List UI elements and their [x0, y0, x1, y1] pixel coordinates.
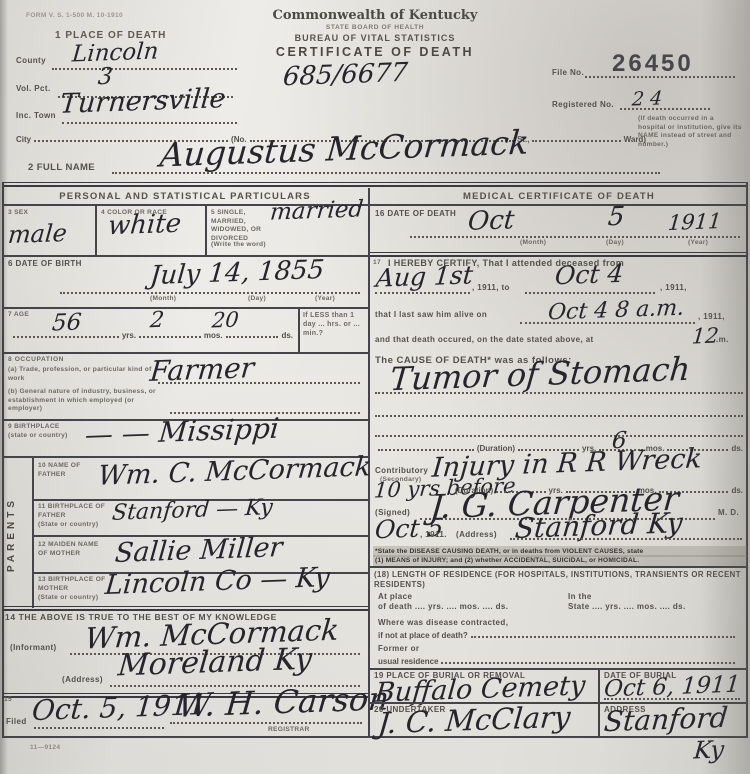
commonwealth-title: Commonwealth of Kentucky [245, 8, 505, 23]
mother-maiden-name-label: 12 MAIDEN NAME OF MOTHER [38, 541, 108, 558]
duration2-ds-unit: ds. [731, 486, 743, 495]
sex-value: male [7, 221, 68, 247]
full-name-label: 2 FULL NAME [28, 162, 95, 174]
date-of-death-day: 5 [607, 204, 626, 231]
attended-from-value: Aug 1st [375, 262, 474, 290]
mother-maiden-name-value: Sallie Miller [114, 534, 284, 567]
former-residence-line1: Former or [378, 644, 419, 654]
father-birthplace-label: 11 BIRTHPLACE OF FATHER [38, 503, 108, 520]
file-no-label: File No. [552, 68, 584, 78]
date-of-death-label: 16 DATE OF DEATH [375, 209, 456, 219]
certificate-title: CERTIFICATE OF DEATH [245, 45, 505, 59]
age-ds-unit: ds. [281, 331, 293, 340]
form-code-top: FORM V. S. 1-500 M. 10-1910 [26, 12, 123, 21]
mother-birthplace-sub: (State or country) [38, 594, 98, 603]
undertaker-address-value-overflow: Ky [693, 737, 725, 762]
informant-address-label: (Address) [62, 675, 103, 685]
date-of-death-month: Oct [467, 207, 516, 235]
certificate-numbers-handwritten: 685/6677 [282, 60, 409, 90]
residence-at-place-line1: At place [378, 592, 412, 602]
inc-town-value: Turnersville [59, 85, 227, 118]
age-mos-unit: mos. [204, 331, 223, 340]
parents-label: PARENTS [6, 470, 17, 598]
dod-day-label: (Day) [606, 239, 624, 248]
filed-label: Filed [6, 717, 27, 727]
marital-note: (Write the word) [211, 241, 266, 250]
death-occurred-label: and that death occured, on the date stat… [375, 335, 594, 345]
marital-label: 5 SINGLE, MARRIED, WIDOWED, OR DIVORCED [211, 209, 273, 243]
father-birthplace-value: Stanford — Ky [111, 497, 273, 525]
length-of-residence-label: (18) LENGTH OF RESIDENCE (FOR HOSPITALS,… [374, 570, 742, 589]
date-of-death-year: 1911 [667, 211, 722, 234]
inc-town-label: Inc. Town [16, 111, 56, 121]
father-birthplace-sub: (State or country) [38, 521, 98, 530]
registrar-signature: W. H. Carson [177, 682, 391, 721]
mother-birthplace-value: Lincoln Co — Ky [104, 564, 331, 599]
death-certificate-scan: FORM V. S. 1-500 M. 10-1910 Commonwealth… [0, 0, 750, 774]
where-contracted-line1: Where was disease contracted, [378, 618, 508, 628]
birthplace-label: 9 BIRTHPLACE [8, 423, 60, 432]
attended-to-tail: , 1911, [660, 283, 687, 293]
hospital-note: (If death occurred in a hospital or inst… [638, 115, 742, 149]
mother-birthplace-label: 13 BIRTHPLACE OF MOTHER [38, 576, 108, 593]
city-label: City [16, 135, 31, 144]
dob-year-label: (Year) [315, 295, 335, 304]
medical-column-heading: MEDICAL CERTIFICATE OF DEATH [370, 191, 748, 203]
death-hour-tail: .m. [716, 335, 729, 345]
age-units-line: yrs. mos. ds. [10, 326, 293, 340]
where-contracted-line2: if not at place of death? [378, 631, 468, 640]
father-name-label: 10 NAME OF FATHER [38, 462, 96, 479]
contributory-label: Contributory [375, 466, 428, 476]
residence-in-state-line2: State .... yrs. .... mos. .... ds. [568, 602, 686, 612]
signed-date-tail: , 1911. [420, 530, 447, 540]
county-value: Lincoln [71, 40, 159, 66]
father-name-value: Wm. C. McCormack [97, 453, 372, 490]
occupation-b-label: (b) General nature of industry, business… [8, 388, 168, 414]
county-label: County [16, 56, 46, 66]
bureau-subtitle: BUREAU OF VITAL STATISTICS [245, 33, 505, 43]
form-code-bottom: 11—9124 [30, 744, 60, 753]
last-saw-value: Oct 4 8 a.m. [547, 298, 685, 325]
cause-of-death-value: Tumor of Stomach [389, 353, 692, 396]
race-value: white [107, 211, 182, 240]
undertaker-value: J. C. McClary [377, 703, 572, 739]
dob-day-label: (Day) [248, 295, 266, 304]
birthplace-sub: (state or country) [8, 432, 68, 441]
where-contracted-line2-wrap: if not at place of death? [378, 628, 738, 640]
registered-no-label: Registered No. [552, 100, 614, 110]
registered-no-value: 2 4 [631, 89, 663, 109]
state-header: Commonwealth of Kentucky STATE BOARD OF … [245, 8, 505, 59]
attended-from-tail: , 1911, to [472, 283, 510, 293]
undertaker-address-value: Stanford [603, 704, 729, 736]
dod-year-label: (Year) [688, 239, 708, 248]
city-ward-label: Ward) [624, 135, 646, 144]
former-residence-line2: usual residence [378, 657, 438, 666]
occupation-label: 8 OCCUPATION [8, 356, 64, 365]
marital-value: married [269, 198, 364, 224]
vol-pct-value: 3 [97, 66, 114, 90]
age-yrs-unit: yrs. [122, 331, 136, 340]
last-saw-tail: , 1911, [698, 312, 725, 322]
vol-pct-label: Vol. Pct. [16, 84, 51, 94]
occupation-a-label: (a) Trade, profession, or particular kin… [8, 366, 158, 383]
duration1-ds-unit: ds. [731, 444, 743, 453]
registrar-label: REGISTRAR [268, 726, 310, 735]
dob-label: 6 DATE OF BIRTH [8, 259, 82, 269]
former-residence-line2-wrap: usual residence [378, 654, 738, 666]
attended-to-value: Oct 4 [554, 261, 625, 288]
file-no-value: 26450 [612, 50, 694, 78]
residence-in-state-line1: In the [568, 592, 592, 602]
age-less-than-note: If LESS than 1 day ... hrs. or ... min.? [303, 311, 365, 338]
md-label: M. D. [718, 508, 739, 518]
birthplace-value: — — Missippi [84, 415, 280, 450]
board-subtitle: STATE BOARD OF HEALTH [245, 24, 505, 31]
informant-address-value: Moreland Ky [117, 645, 313, 682]
age-label: 7 AGE [8, 311, 29, 320]
signed-address-label: (Address) [456, 530, 497, 540]
last-saw-label: that I last saw him alive on [375, 310, 487, 320]
cause-footnote-line2: (1) MEANS of INJURY; and (2) whether ACC… [373, 555, 747, 566]
informant-label: (Informant) [10, 643, 57, 653]
filed-number: 15 [4, 696, 12, 705]
residence-at-place-line2: of death .... yrs. .... mos. .... ds. [378, 602, 508, 612]
dob-month-label: (Month) [150, 295, 176, 304]
dob-value: July 14, 1855 [149, 257, 325, 289]
dod-month-label: (Month) [520, 239, 546, 248]
sex-label: 3 SEX [8, 209, 28, 218]
